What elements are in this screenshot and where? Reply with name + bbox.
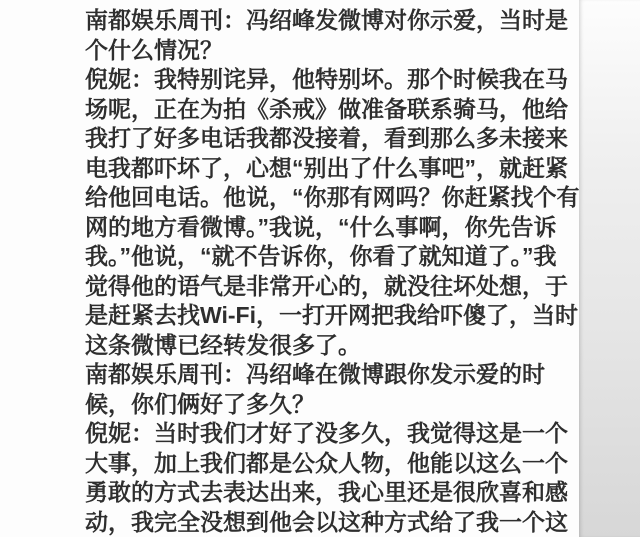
text-line: 场呢，正在为拍《杀戒》做准备联系骑马，他给: [85, 95, 585, 125]
text-line: 给他回电话。他说，“你那有网吗？你赶紧找个有: [85, 183, 585, 213]
text-line: 倪妮：我特别诧异，他特别坏。那个时候我在马: [85, 65, 585, 95]
text-line: 勇敢的方式去表达出来，我心里还是很欣喜和感: [85, 478, 585, 508]
text-line: 网的地方看微博。”我说，“什么事啊，你先告诉: [85, 213, 585, 243]
text-line: 电我都吓坏了，心想“别出了什么事吧”，就赶紧: [85, 154, 585, 184]
article-page: 南都娱乐周刊：冯绍峰发微博对你示爱，当时是 个什么情况？ 倪妮：我特别诧异，他特…: [0, 0, 640, 537]
text-line: 我打了好多电话我都没接着，看到那么多未接来: [85, 124, 585, 154]
text-line: 我。”他说，“就不告诉你，你看了就知道了。”我: [85, 242, 585, 272]
text-line: 大事，加上我们都是公众人物，他能以这么一个: [85, 449, 585, 479]
text-line: 南都娱乐周刊：冯绍峰在微博跟你发示爱的时: [85, 360, 585, 390]
text-line: 南都娱乐周刊：冯绍峰发微博对你示爱，当时是: [85, 6, 585, 36]
text-line: 个什么情况？: [85, 36, 585, 66]
text-line: 倪妮：当时我们才好了没多久，我觉得这是一个: [85, 419, 585, 449]
interview-transcript: 南都娱乐周刊：冯绍峰发微博对你示爱，当时是 个什么情况？ 倪妮：我特别诧异，他特…: [85, 6, 585, 537]
page-edge-shading: [579, 0, 640, 537]
text-line: 候，你们俩好了多久？: [85, 390, 585, 420]
text-line: 觉得他的语气是非常开心的，就没往坏处想，于: [85, 272, 585, 302]
text-line: 这条微博已经转发很多了。: [85, 331, 585, 361]
text-line: 是赶紧去找Wi-Fi，一打开网把我给吓傻了，当时: [85, 301, 585, 331]
text-line: 动，我完全没想到他会以这种方式给了我一个这: [85, 508, 585, 537]
